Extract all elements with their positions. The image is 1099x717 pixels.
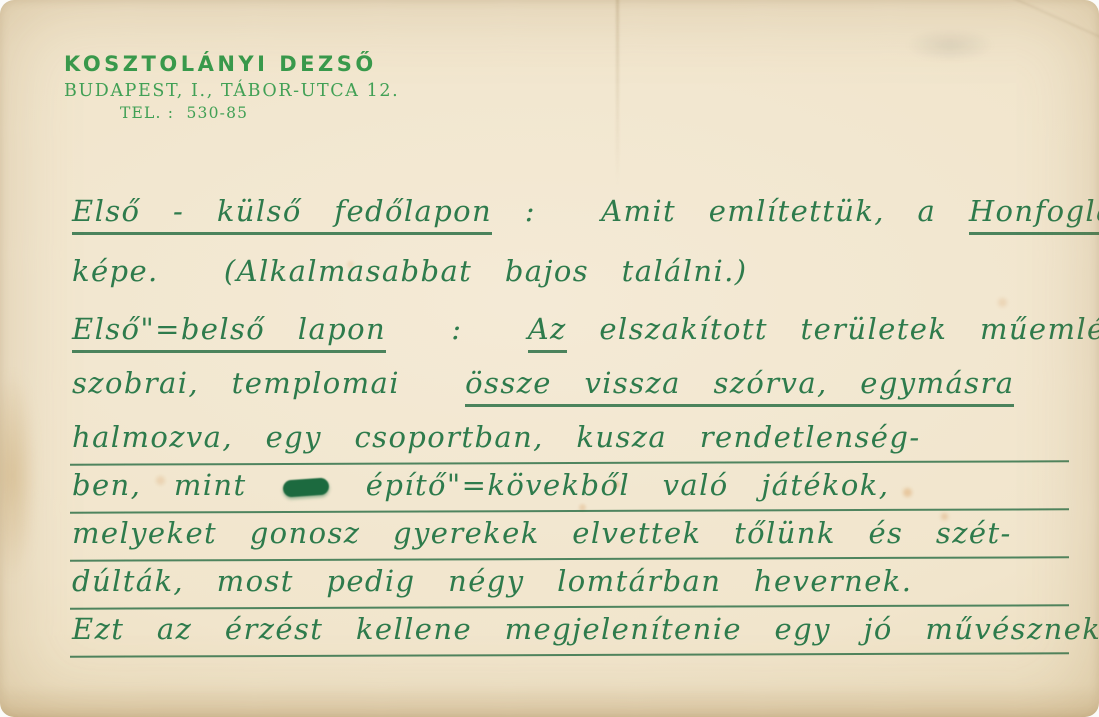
handwriting-segment: ben, mint bbox=[72, 468, 279, 502]
paper-stain-left-edge bbox=[0, 368, 38, 583]
paper-sheet: KOSZTOLÁNYI DEZSŐ BUDAPEST, I., TÁBOR-UT… bbox=[0, 0, 1099, 717]
letterhead-address: BUDAPEST, I., TÁBOR-UTCA 12. bbox=[64, 81, 399, 101]
handwriting-line: ben, mint építő"=kövekből való játékok, bbox=[72, 468, 1075, 516]
paper-stain-bottom-edge bbox=[0, 685, 1099, 717]
handwriting-segment: Első - külső fedőlapon bbox=[72, 194, 492, 235]
handwriting-lines: Első - külső fedőlapon : Amit említettük… bbox=[72, 194, 1075, 660]
handwriting-segment: halmozva, egy csoportban, kusza rendetle… bbox=[72, 420, 921, 454]
handwriting-line: Első"=belső lapon : Az elszakított terül… bbox=[72, 312, 1075, 360]
handwriting-segment: dúlták, most pedig négy lomtárban hevern… bbox=[72, 564, 912, 598]
handwriting-segment: Első"=belső lapon bbox=[72, 312, 386, 353]
handwriting-segment: : Amit említettük, a bbox=[492, 194, 969, 228]
handwriting-segment: Ezt az érzést kellene megjelenítenie egy… bbox=[72, 612, 1099, 646]
handwriting-segment: Honfoglalás bbox=[969, 194, 1099, 235]
ink-blot bbox=[283, 477, 330, 497]
handwriting-line: melyeket gonosz gyerekek elvettek tőlünk… bbox=[72, 516, 1075, 564]
handwriting-segment: össze vissza szórva, egymásra bbox=[465, 366, 1014, 407]
handwriting-line: szobrai, templomai össze vissza szórva, … bbox=[72, 366, 1075, 414]
pencil-smudge bbox=[905, 28, 995, 62]
handwriting-segment: elszakított területek műemlékei, bbox=[567, 312, 1099, 346]
letterhead: KOSZTOLÁNYI DEZSŐ BUDAPEST, I., TÁBOR-UT… bbox=[64, 52, 399, 122]
handwriting-line: Ezt az érzést kellene megjelenítenie egy… bbox=[72, 612, 1075, 660]
handwriting-segment: Az bbox=[528, 312, 567, 353]
handwriting-segment: : bbox=[386, 312, 528, 346]
letterhead-phone: TEL. : 530-85 bbox=[120, 104, 399, 122]
handwriting-line: halmozva, egy csoportban, kusza rendetle… bbox=[72, 420, 1075, 468]
handwriting-segment: szobrai, templomai bbox=[72, 366, 465, 400]
handwriting-line: dúlták, most pedig négy lomtárban hevern… bbox=[72, 564, 1075, 612]
handwriting-segment: képe. (Alkalmasabbat bajos találni.) bbox=[72, 254, 748, 288]
handwriting-line: képe. (Alkalmasabbat bajos találni.) bbox=[72, 254, 1075, 302]
letterhead-name: KOSZTOLÁNYI DEZSŐ bbox=[64, 52, 399, 76]
handwriting-segment: építő"=kövekből való játékok, bbox=[333, 468, 889, 502]
paper-crease-vertical bbox=[616, 0, 619, 186]
handwriting-line: Első - külső fedőlapon : Amit említettük… bbox=[72, 194, 1075, 242]
handwriting-segment: melyeket gonosz gyerekek elvettek tőlünk… bbox=[72, 516, 1012, 550]
